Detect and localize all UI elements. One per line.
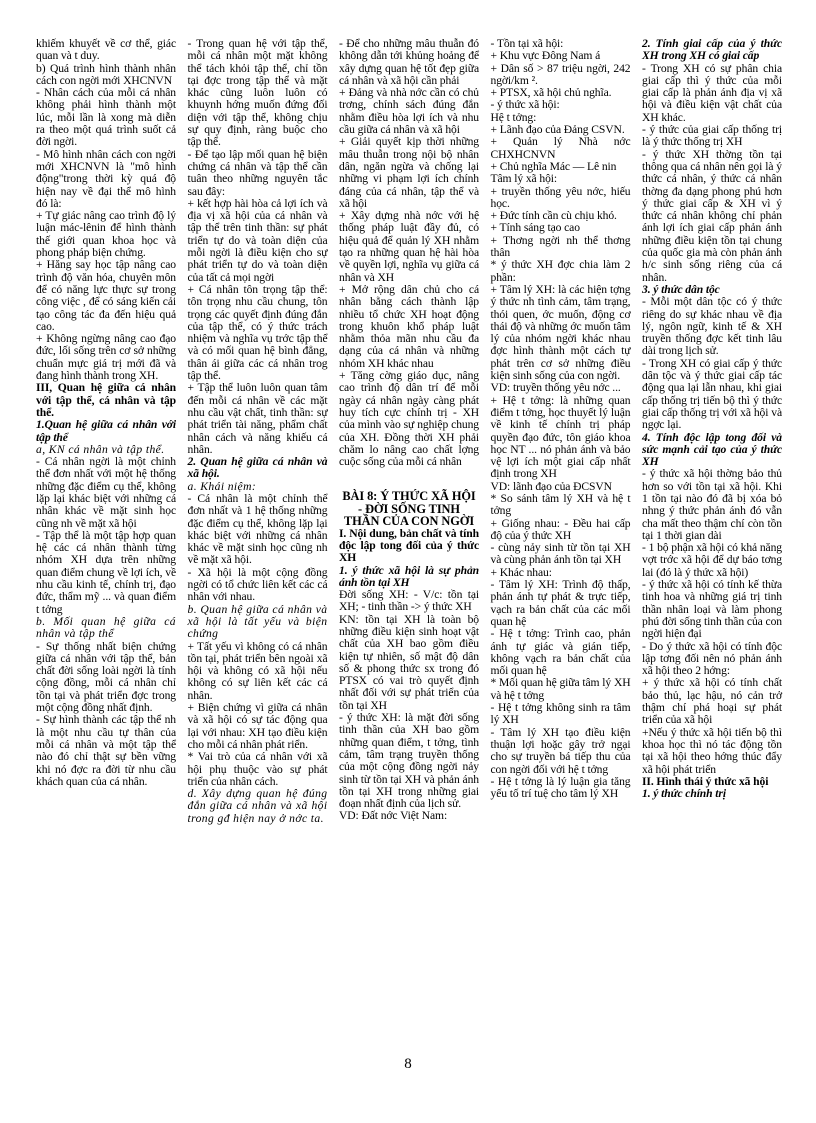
paragraph: - Mô hình nhân cách con ngời mới XHCNVN … bbox=[36, 149, 176, 210]
paragraph: + Hệ t tởng: là những quan điểm t tởng, … bbox=[491, 395, 631, 481]
paragraph: + Xây dựng nhà nớc với hệ thống pháp luậ… bbox=[339, 210, 479, 284]
subsection-heading: 1. ý thức chính trị bbox=[642, 788, 782, 800]
paragraph: + Tất yếu vì không có cá nhân tồn tại, p… bbox=[188, 641, 328, 702]
section-heading: III, Quan hệ giữa cá nhân với tập thể, c… bbox=[36, 382, 176, 419]
subsection-heading: 1. ý thức xã hội là sự phản ánh tồn tại … bbox=[339, 565, 479, 590]
paragraph: + Tự giác nâng cao trình độ lý luận mác-… bbox=[36, 210, 176, 259]
paragraph: + kết hợp hài hòa cả lợi ích và địa vị x… bbox=[188, 198, 328, 284]
paragraph: + Hăng say học tập nâng cao trình độ văn… bbox=[36, 259, 176, 333]
subsection-heading: 2. Quan hệ giữa cá nhân và xã hội. bbox=[188, 456, 328, 481]
paragraph: - 1 bộ phận xã hội có khả năng vợt trớc … bbox=[642, 542, 782, 579]
subsection-heading: 2. Tính giai cấp của ý thức XH trong XH … bbox=[642, 38, 782, 63]
paragraph: - Tâm lý XH tạo điều kiện thuận lợi hoặc… bbox=[491, 727, 631, 776]
text-column-4: - Tồn tại xã hội:+ Khu vực Đông Nam á+ D… bbox=[491, 38, 631, 1058]
paragraph: + Mở rộng dân chủ cho cá nhân bằng cách … bbox=[339, 284, 479, 370]
paragraph: - Để cho những mâu thuẫn đó không dẫn tớ… bbox=[339, 38, 479, 87]
paragraph: + Khu vực Đông Nam á bbox=[491, 50, 631, 62]
paragraph: + Đảng và nhà nớc cần có chủ trơng, chín… bbox=[339, 87, 479, 136]
sub-item-heading: b. Quan hệ giữa cá nhân và xã hội là tất… bbox=[188, 604, 328, 641]
paragraph: - Hệ t tởng không sinh ra tâm lý XH bbox=[491, 702, 631, 727]
paragraph: - ý thức XH thờng tồn tại thông qua cá n… bbox=[642, 149, 782, 284]
paragraph: * Vai trò của cá nhân với xã hội phụ thu… bbox=[188, 751, 328, 788]
lesson-title: BÀI 8: Ý THỨC XÃ HỘI - ĐỜI SỐNG TINH THẦ… bbox=[339, 490, 479, 527]
paragraph: + Không ngừng nâng cao đạo đức, lối sống… bbox=[36, 333, 176, 382]
paragraph: + Quản lý Nhà nớc CHXHCNVN bbox=[491, 136, 631, 161]
paragraph: - Hệ t tởng: Trình cao, phản ánh tự giác… bbox=[491, 628, 631, 677]
paragraph: * So sánh tâm lý XH và hệ t tởng bbox=[491, 493, 631, 518]
paragraph: + Biện chứng vì giữa cá nhân và xã hội c… bbox=[188, 702, 328, 751]
paragraph: +Nếu ý thức xã hội tiến bộ thì khoa học … bbox=[642, 727, 782, 776]
paragraph: + Thơng ngời nh thể thơng thân bbox=[491, 235, 631, 260]
paragraph: * ý thức XH đợc chia làm 2 phần: bbox=[491, 259, 631, 284]
paragraph: - Tâm lý XH: Trình độ thấp, phản ánh tự … bbox=[491, 579, 631, 628]
paragraph: - Sự thống nhất biện chứng giữa cá nhân … bbox=[36, 641, 176, 715]
paragraph: * Mối quan hệ giữa tâm lý XH và hệ t tởn… bbox=[491, 677, 631, 702]
text-column-5: 2. Tính giai cấp của ý thức XH trong XH … bbox=[642, 38, 782, 1058]
paragraph: + truyền thống yêu nớc, hiếu học. bbox=[491, 186, 631, 211]
paragraph: - ý thức xã hội thờng bảo thủ hơn so với… bbox=[642, 468, 782, 542]
paragraph: - Trong XH có sự phân chia giai cấp thì … bbox=[642, 63, 782, 124]
paragraph: + Tính sáng tạo cao bbox=[491, 222, 631, 234]
paragraph: - Xã hội là một cộng đồng ngời có tổ chứ… bbox=[188, 567, 328, 604]
paragraph: - Sự hình thành các tập thể nh là một nh… bbox=[36, 714, 176, 788]
paragraph: + Cá nhân tôn trọng tập thể: tôn trọng n… bbox=[188, 284, 328, 382]
paragraph: - Trong quan hệ với tập thể, mỗi cá nhân… bbox=[188, 38, 328, 149]
paragraph: - ý thức XH: là mặt đời sống tinh thần c… bbox=[339, 712, 479, 810]
text-column-3: - Để cho những mâu thuẫn đó không dẫn tớ… bbox=[339, 38, 479, 1058]
sub-item-heading: b. Mối quan hệ giữa cá nhân và tập thể bbox=[36, 616, 176, 641]
paragraph: + Dân số > 87 triệu ngời, 242 ngời/km ². bbox=[491, 63, 631, 88]
spacer bbox=[339, 468, 479, 490]
page-number: 8 bbox=[0, 1056, 816, 1073]
paragraph: - Nhân cách của mỗi cá nhân không phải h… bbox=[36, 87, 176, 148]
document-page: khiếm khuyết về cơ thể, giác quan và t d… bbox=[36, 38, 782, 1058]
text-column-2: - Trong quan hệ với tập thể, mỗi cá nhân… bbox=[188, 38, 328, 1058]
paragraph: Đời sống XH: - V/c: tồn tại XH; - tinh t… bbox=[339, 589, 479, 614]
paragraph: + Giống nhau: - Đều hai cấp độ của ý thứ… bbox=[491, 518, 631, 543]
subsection-heading: 4. Tính độc lập tong đối và sức mạnh cải… bbox=[642, 432, 782, 469]
subsection-heading: 1.Quan hệ giữa cá nhân với tập thể bbox=[36, 419, 176, 444]
paragraph: - Tập thể là một tập hợp quan hệ các cá … bbox=[36, 530, 176, 616]
paragraph: Tâm lý xã hội: bbox=[491, 173, 631, 185]
paragraph: b) Quá trình hình thành nhân cách con ng… bbox=[36, 63, 176, 88]
paragraph: + Giải quyết kịp thời những mâu thuẫn tr… bbox=[339, 136, 479, 210]
paragraph: - Hệ t tởng là lý luận gia tăng yếu tố t… bbox=[491, 776, 631, 801]
paragraph: - Do ý thức xã hội có tính độc lập tơng … bbox=[642, 641, 782, 678]
paragraph: - ý thức xã hội có tính kế thừa tinh hoa… bbox=[642, 579, 782, 640]
paragraph: KN: tồn tại XH là toàn bộ những điều kiệ… bbox=[339, 614, 479, 712]
section-heading: I. Nội dung, bản chất và tính độc lập to… bbox=[339, 528, 479, 565]
sub-item-heading: d. Xây dựng quan hệ đúng đắn giữa cá nhâ… bbox=[188, 788, 328, 825]
paragraph: - ý thức xã hội: bbox=[491, 99, 631, 111]
paragraph: - ý thức của giai cấp thống trị là ý thứ… bbox=[642, 124, 782, 149]
paragraph: + Tâm lý XH: là các hiện tợng ý thức nh … bbox=[491, 284, 631, 382]
paragraph: + Tập thể luôn luôn quan tâm đến mỗi cá … bbox=[188, 382, 328, 456]
paragraph: khiếm khuyết về cơ thể, giác quan và t d… bbox=[36, 38, 176, 63]
paragraph: + ý thức xã hội có tính chất bảo thủ, lạ… bbox=[642, 677, 782, 726]
paragraph: - Trong XH có giai cấp ý thức dân tộc và… bbox=[642, 358, 782, 432]
paragraph: + Tăng cờng giáo dục, nâng cao trình độ … bbox=[339, 370, 479, 468]
paragraph: - Mỗi một dân tộc có ý thức riêng do sự … bbox=[642, 296, 782, 357]
text-column-1: khiếm khuyết về cơ thể, giác quan và t d… bbox=[36, 38, 176, 1058]
paragraph: - cùng nảy sinh từ tồn tại XH và cùng ph… bbox=[491, 542, 631, 567]
paragraph: VD: truyền thống yêu nớc ... bbox=[491, 382, 631, 394]
paragraph: - Cá nhân là một chỉnh thể đơn nhất và 1… bbox=[188, 493, 328, 567]
paragraph: - Để tạo lập mối quan hệ biện chứng cá n… bbox=[188, 149, 328, 198]
paragraph: VD: Đất nớc Việt Nam: bbox=[339, 810, 479, 822]
paragraph: - Cá nhân ngời là một chỉnh thể đơn nhất… bbox=[36, 456, 176, 530]
